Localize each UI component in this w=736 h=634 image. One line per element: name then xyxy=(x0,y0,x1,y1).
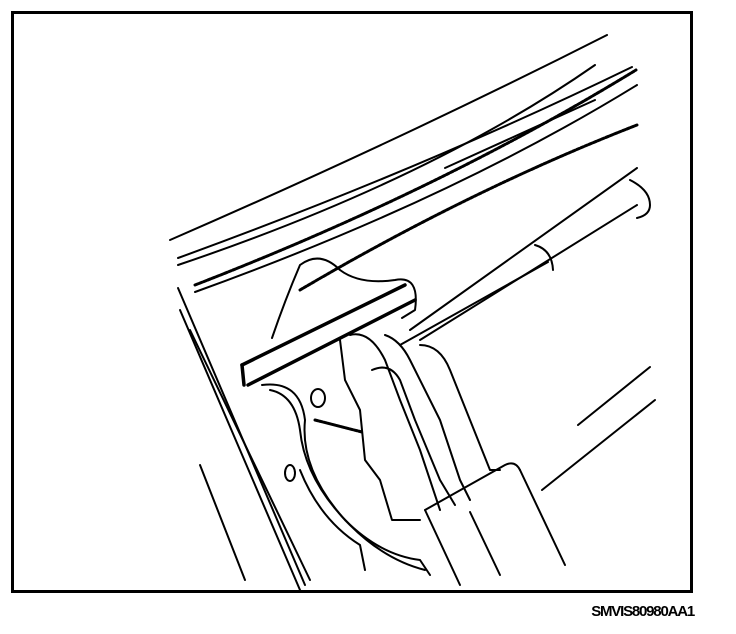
retainer-bar-end xyxy=(242,365,244,385)
right-line-2 xyxy=(542,400,655,490)
short-roof-line xyxy=(445,100,595,168)
roof-line-1 xyxy=(170,35,607,240)
technical-illustration xyxy=(0,0,736,634)
trim-mid xyxy=(470,512,500,575)
trim-right xyxy=(520,470,565,565)
tube-end-cap xyxy=(630,180,650,218)
right-line-1 xyxy=(578,367,650,425)
tube-top xyxy=(410,168,637,330)
clip-curve xyxy=(272,259,416,338)
roof-line-2 xyxy=(178,67,632,258)
channel-5 xyxy=(420,345,500,470)
pillar-line-4 xyxy=(200,465,245,580)
pillar-line-3 xyxy=(190,330,310,580)
hole-lower xyxy=(285,465,295,481)
pillar-line-2 xyxy=(180,310,300,590)
weatherstrip-upper xyxy=(300,125,637,290)
inner-panel-lower xyxy=(300,470,365,570)
roof-line-4 xyxy=(195,70,636,285)
channel-2 xyxy=(350,334,440,510)
trim-top xyxy=(425,463,520,510)
tube-lower xyxy=(400,262,548,345)
strap xyxy=(315,420,362,432)
figure-caption-code: SMVIS80980AA1 xyxy=(591,603,694,620)
bolt-hole xyxy=(311,389,325,407)
